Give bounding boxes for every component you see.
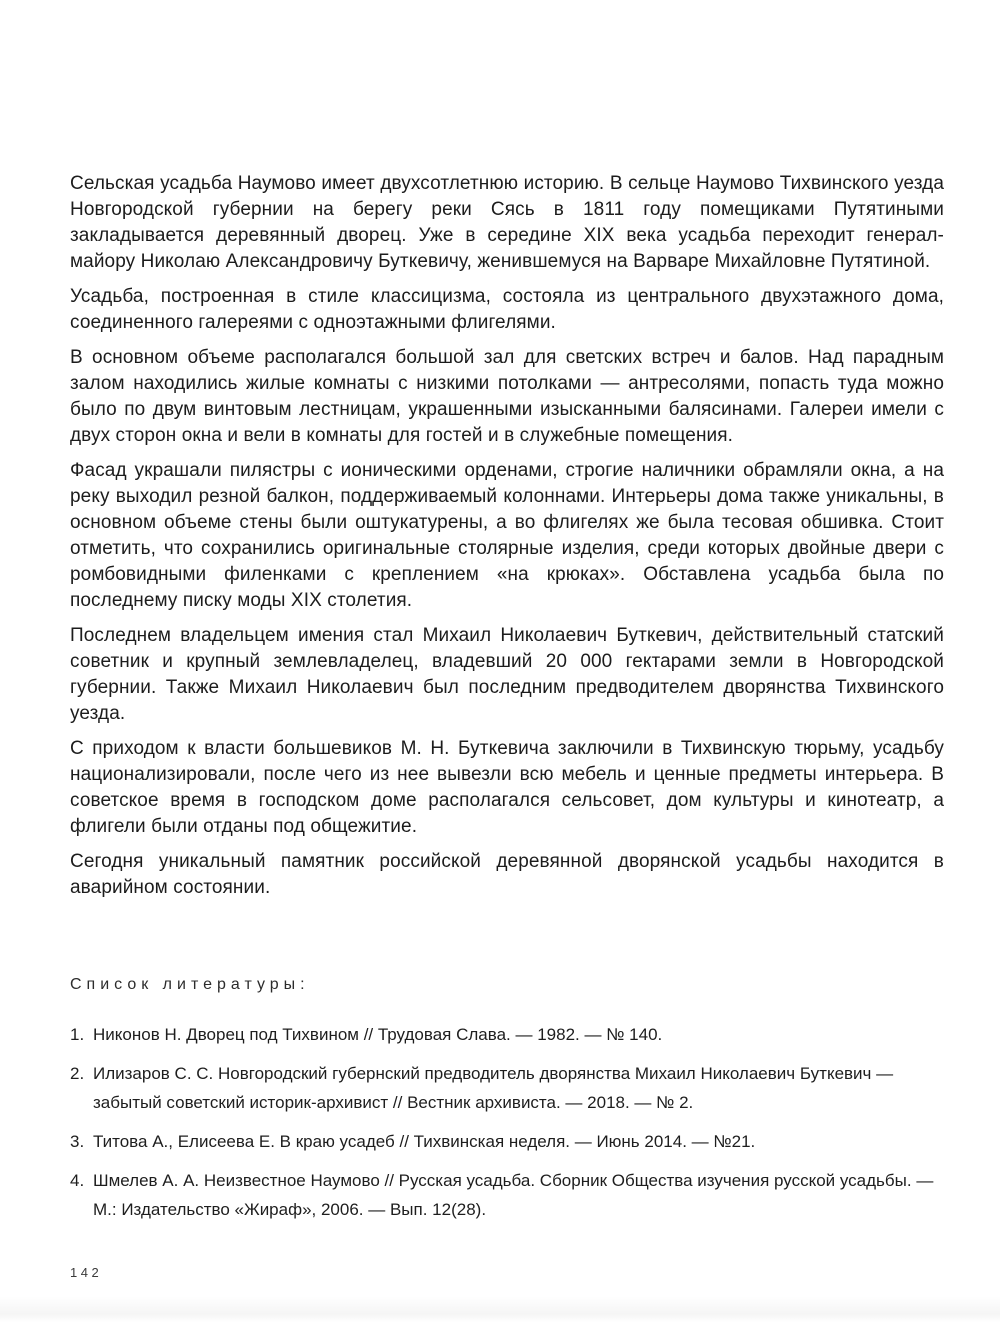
bibliography-list: 1. Никонов Н. Дворец под Тихвином // Тру… [70,1020,946,1224]
paragraph: Последнем владельцем имения стал Михаил … [70,623,944,727]
bibliography-item-number: 1. [70,1020,93,1049]
bibliography-item-number: 2. [70,1059,93,1117]
bibliography-item: 1. Никонов Н. Дворец под Тихвином // Тру… [70,1020,946,1049]
paragraph: В основном объеме располагался большой з… [70,345,944,449]
book-page: Сельская усадьба Наумово имеет двухсотле… [0,0,1000,1330]
page-footer: 142 [70,1264,102,1282]
bibliography-heading: Список литературы: [70,976,946,994]
bibliography-section: Список литературы: 1. Никонов Н. Дворец … [70,976,946,1234]
paragraph: С приходом к власти большевиков М. Н. Бу… [70,736,944,840]
bibliography-item-text: Никонов Н. Дворец под Тихвином // Трудов… [93,1020,946,1049]
paragraph: Усадьба, построенная в стиле классицизма… [70,284,944,336]
bibliography-item-text: Илизаров С. С. Новгородский губернский п… [93,1059,946,1117]
bibliography-item: 2. Илизаров С. С. Новгородский губернски… [70,1059,946,1117]
bibliography-item-text: Шмелев А. А. Неизвестное Наумово // Русс… [93,1166,946,1224]
bibliography-item-text: Титова А., Елисеева Е. В краю усадеб // … [93,1127,946,1156]
paragraph: Сегодня уникальный памятник российской д… [70,849,944,901]
paragraph: Сельская усадьба Наумово имеет двухсотле… [70,171,944,275]
paragraph: Фасад украшали пилястры с ионическими ор… [70,458,944,614]
scan-texture [0,1296,1000,1322]
article-body: Сельская усадьба Наумово имеет двухсотле… [70,171,944,910]
bibliography-item: 4. Шмелев А. А. Неизвестное Наумово // Р… [70,1166,946,1224]
page-number: 142 [70,1265,102,1280]
bibliography-item-number: 3. [70,1127,93,1156]
bibliography-item-number: 4. [70,1166,93,1224]
bibliography-item: 3. Титова А., Елисеева Е. В краю усадеб … [70,1127,946,1156]
